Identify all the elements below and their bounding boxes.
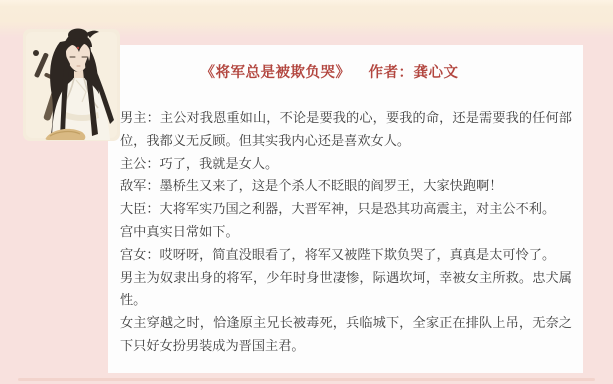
hanfu-character-illustration bbox=[22, 26, 122, 144]
description-line: 女主穿越之时，恰逢原主兄长被毒死，兵临城下，全家正在排队上吊，无奈之下只好女扮男… bbox=[120, 312, 572, 358]
author-credit: 作者：龚心文 bbox=[369, 65, 459, 81]
content-card: 《将军总是被欺负哭》作者：龚心文 男主：主公对我恩重如山，不论是要我的心，要我的… bbox=[108, 45, 583, 373]
book-title-row: 《将军总是被欺负哭》作者：龚心文 bbox=[92, 61, 567, 82]
description-line: 敌军：墨桥生又来了，这是个杀人不眨眼的阎罗王，大家快跑啊！ bbox=[120, 175, 572, 198]
page-background: 《将军总是被欺负哭》作者：龚心文 男主：主公对我恩重如山，不论是要我的心，要我的… bbox=[0, 0, 613, 384]
bottom-shadow-line bbox=[18, 378, 595, 381]
description-line: 大臣：大将军实乃国之利器，大晋军神，只是恐其功高震主，对主公不利。 bbox=[120, 198, 572, 221]
description-line: 宫中真实日常如下。 bbox=[120, 221, 572, 244]
description-line: 主公：巧了，我就是女人。 bbox=[120, 153, 572, 176]
description-line: 男主为奴隶出身的将军，少年时身世凄惨，际遇坎坷，幸被女主所救。忠犬属性。 bbox=[120, 267, 572, 313]
description-line: 宫女：哎呀呀，简直没眼看了，将军又被陛下欺负哭了，真真是太可怜了。 bbox=[120, 244, 572, 267]
book-title: 《将军总是被欺负哭》 bbox=[201, 65, 351, 81]
description-line: 男主：主公对我恩重如山，不论是要我的心，要我的命，还是需要我的任何部位，我都义无… bbox=[120, 107, 572, 153]
book-description: 男主：主公对我恩重如山，不论是要我的心，要我的命，还是需要我的任何部位，我都义无… bbox=[120, 107, 572, 358]
